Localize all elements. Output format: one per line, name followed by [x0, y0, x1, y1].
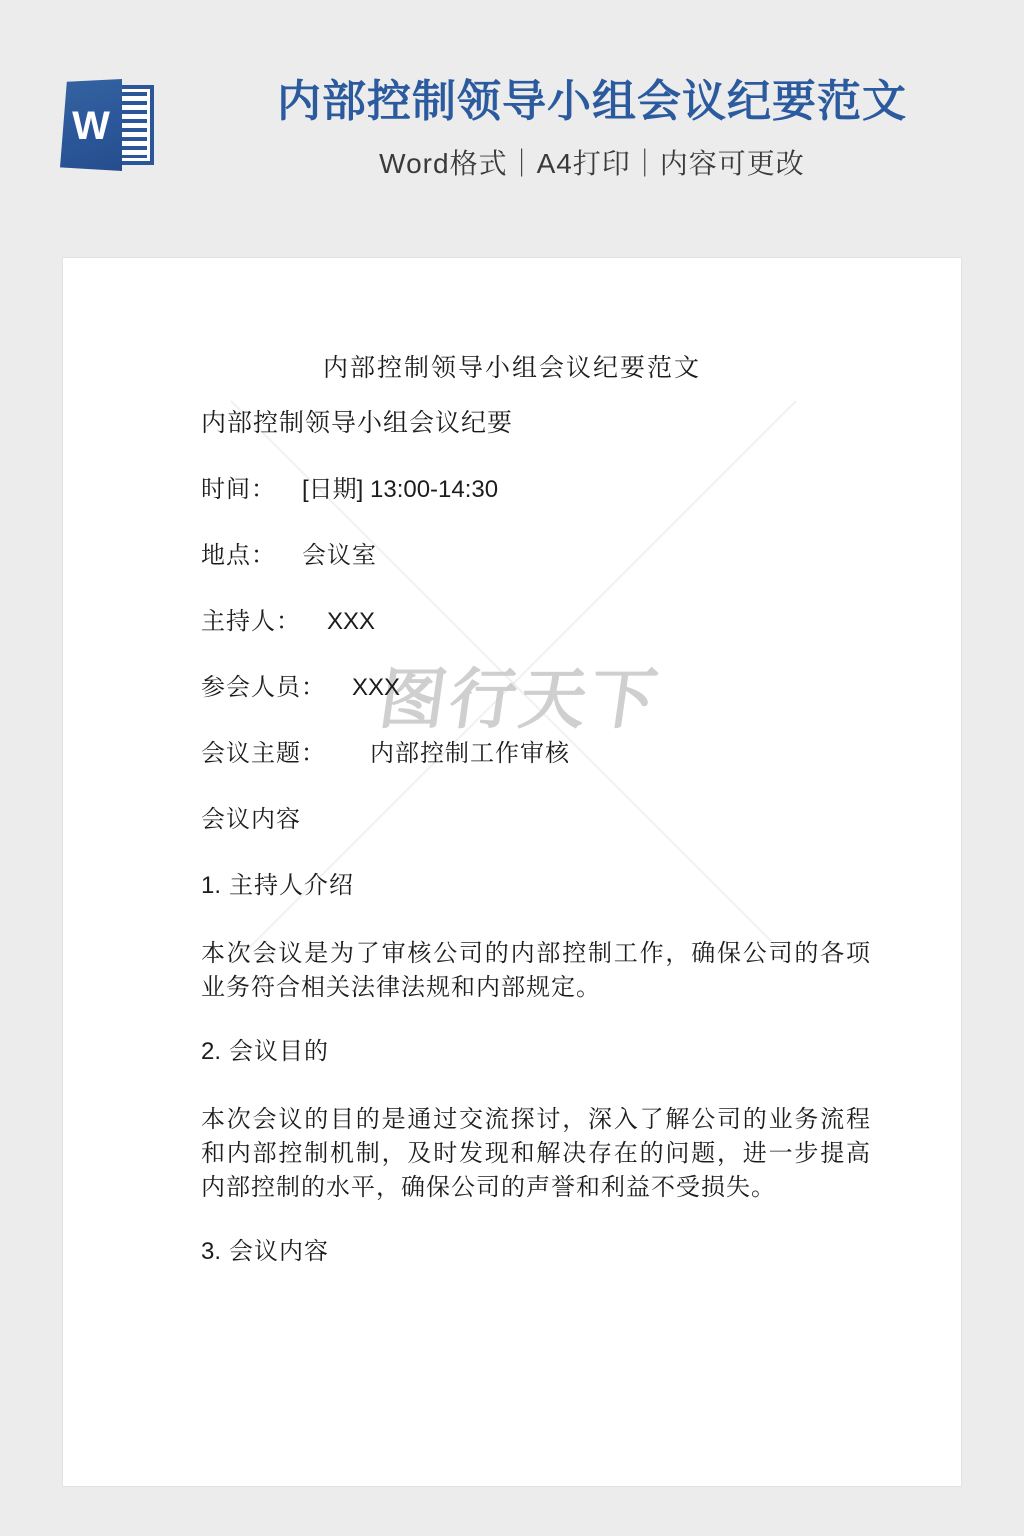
header-text-block: 内部控制领导小组会议纪要范文 Word格式｜A4打印｜内容可更改	[160, 0, 1024, 210]
meta-row-topic: 会议主题：内部控制工作审核	[201, 739, 871, 769]
meta-label: 时间：	[201, 477, 276, 503]
list-item-number: 2.	[201, 1038, 221, 1065]
document-preview-card: 图行天下 内部控制领导小组会议纪要范文 内部控制领导小组会议纪要 时间：[日期]…	[62, 257, 962, 1487]
document-body: 内部控制领导小组会议纪要范文 内部控制领导小组会议纪要 时间：[日期] 13:0…	[63, 258, 962, 1487]
meta-value: XXX	[352, 674, 400, 701]
list-item-number: 1.	[201, 872, 221, 899]
meta-label: 主持人：	[201, 609, 301, 635]
meta-row-host: 主持人：XXX	[201, 607, 871, 637]
word-icon-blue-panel: W	[60, 79, 122, 171]
meta-value: 会议室	[302, 543, 377, 569]
page-header: W 内部控制领导小组会议纪要范文 Word格式｜A4打印｜内容可更改	[0, 0, 1024, 257]
meta-value: [日期] 13:00-14:30	[302, 476, 498, 503]
word-icon-letter: W	[72, 104, 110, 149]
list-item-number: 3.	[201, 1238, 221, 1265]
meta-row-location: 地点：会议室	[201, 541, 871, 571]
meta-value: XXX	[327, 608, 375, 635]
word-file-icon: W	[60, 78, 154, 172]
page-subtitle: Word格式｜A4打印｜内容可更改	[379, 142, 805, 182]
meta-label: 参会人员：	[201, 675, 326, 701]
page-title: 内部控制领导小组会议纪要范文	[277, 76, 907, 128]
list-item-heading-3: 3.会议内容	[201, 1237, 871, 1267]
list-item-paragraph-1: 本次会议是为了审核公司的内部控制工作，确保公司的各项业务符合相关法律法规和内部规…	[201, 937, 871, 1005]
meta-row-time: 时间：[日期] 13:00-14:30	[201, 475, 871, 505]
document-subtitle-line: 内部控制领导小组会议纪要	[201, 409, 871, 439]
meta-row-attendees: 参会人员：XXX	[201, 673, 871, 703]
list-item-title: 主持人介绍	[229, 873, 354, 899]
meta-value: 内部控制工作审核	[370, 741, 570, 767]
list-item-heading-2: 2.会议目的	[201, 1037, 871, 1067]
meta-label: 地点：	[201, 543, 276, 569]
list-item-heading-1: 1.主持人介绍	[201, 871, 871, 901]
list-item-title: 会议内容	[229, 1239, 329, 1265]
meta-label: 会议主题：	[201, 741, 326, 767]
list-item-paragraph-2: 本次会议的目的是通过交流探讨，深入了解公司的业务流程和内部控制机制，及时发现和解…	[201, 1103, 871, 1205]
section-heading: 会议内容	[201, 805, 871, 835]
document-title: 内部控制领导小组会议纪要范文	[323, 354, 871, 384]
list-item-title: 会议目的	[229, 1039, 329, 1065]
